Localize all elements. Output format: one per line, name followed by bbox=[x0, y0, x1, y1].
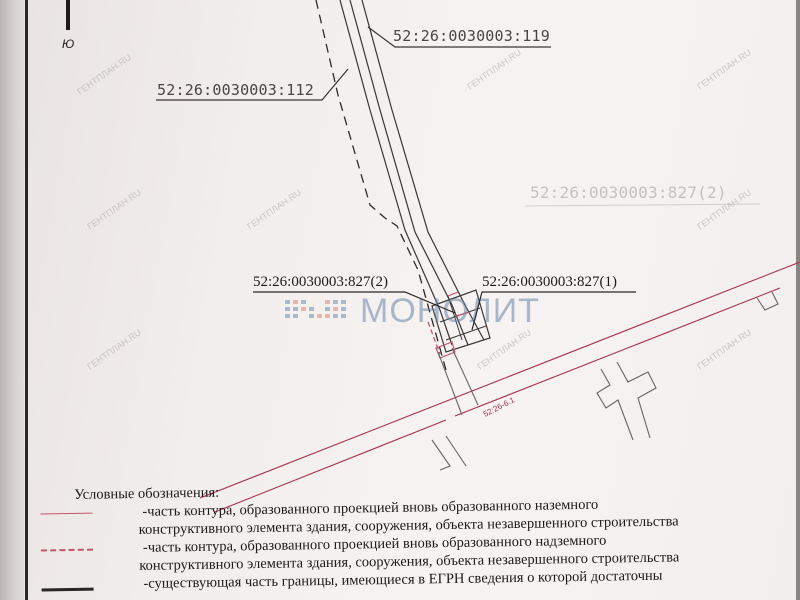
svg-text:ГЕНТПЛАН.RU: ГЕНТПЛАН.RU bbox=[475, 327, 533, 371]
svg-text:52:26:0030003:827(2): 52:26:0030003:827(2) bbox=[530, 183, 727, 202]
label-parcel-119: 52:26:0030003:119 bbox=[368, 27, 551, 47]
svg-text:ГЕНТПЛАН.RU: ГЕНТПЛАН.RU bbox=[245, 187, 303, 231]
scanned-plan-page: ГЕНТПЛАН.RU ГЕНТПЛАН.RU ГЕНТПЛАН.RU ГЕНТ… bbox=[0, 0, 800, 600]
label-parcel-112: 52:26:0030003:112 bbox=[156, 69, 348, 100]
svg-text:52:26:0030003:827(2): 52:26:0030003:827(2) bbox=[253, 274, 388, 290]
svg-text:ГЕНТПЛАН.RU: ГЕНТПЛАН.RU bbox=[465, 47, 523, 91]
north-arrow: Ю bbox=[62, 0, 74, 51]
svg-text:ГЕНТПЛАН.RU: ГЕНТПЛАН.RU bbox=[695, 327, 753, 371]
svg-text:52:26:0030003:112: 52:26:0030003:112 bbox=[157, 81, 314, 99]
legend: Условные обозначения: -часть контура, об… bbox=[70, 475, 800, 594]
svg-text:52:26:0030003:827(1): 52:26:0030003:827(1) bbox=[482, 274, 617, 290]
dashed-red-line-symbol bbox=[41, 549, 93, 552]
svg-text:ГЕНТПЛАН.RU: ГЕНТПЛАН.RU bbox=[695, 47, 753, 91]
svg-text:ГЕНТПЛАН.RU: ГЕНТПЛАН.RU bbox=[85, 187, 143, 231]
north-arrow-label: Ю bbox=[62, 37, 74, 51]
solid-black-line-symbol bbox=[42, 588, 94, 592]
svg-text:52:26:0030003:119: 52:26:0030003:119 bbox=[393, 27, 550, 45]
svg-text:ГЕНТПЛАН.RU: ГЕНТПЛАН.RU bbox=[75, 52, 133, 96]
monolit-watermark: МОНОЛИТ bbox=[285, 292, 540, 330]
svg-text:ГЕНТПЛАН.RU: ГЕНТПЛАН.RU bbox=[85, 327, 143, 371]
